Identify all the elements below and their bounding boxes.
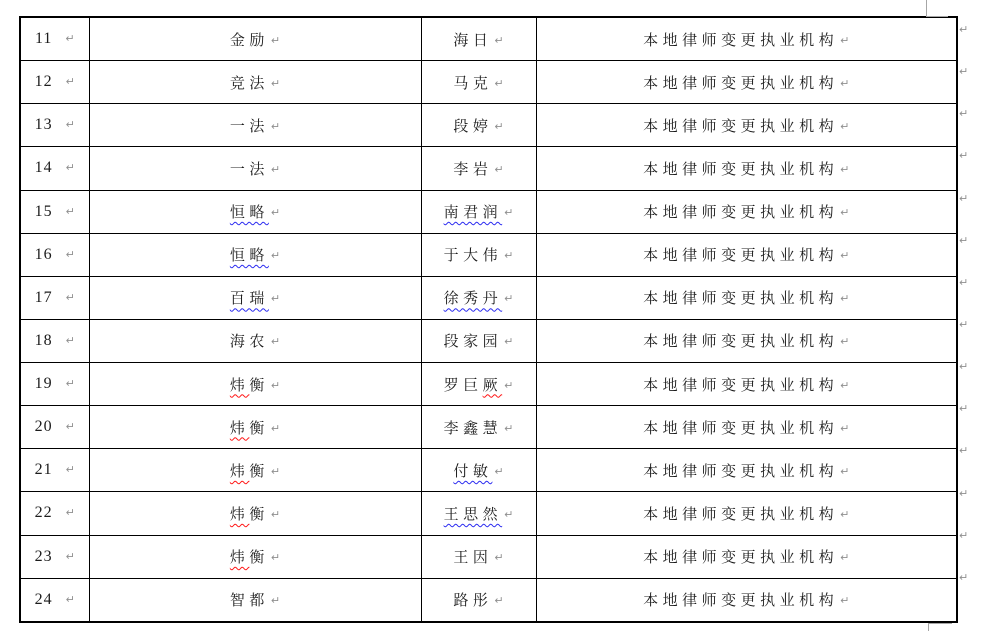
- cell-lawyer-name: 王思然↵: [421, 492, 536, 535]
- end-of-cell-mark-icon: ↵: [494, 77, 503, 90]
- end-of-cell-mark-icon: ↵: [271, 34, 280, 47]
- cell-lawyer-name: 徐秀丹↵: [421, 276, 536, 319]
- cell-index: 20↵: [20, 406, 89, 449]
- end-of-row-mark-icon: ↵: [959, 108, 968, 119]
- cell-change-type: 本地律师变更执业机构↵: [536, 363, 957, 406]
- end-of-cell-mark-icon: ↵: [66, 118, 75, 131]
- cell-change-type: 本地律师变更执业机构↵: [536, 17, 957, 61]
- firm-name: 竞法: [230, 76, 269, 92]
- cell-index: 16↵: [20, 233, 89, 276]
- cell-lawyer-name: 于大伟↵: [421, 233, 536, 276]
- table-row: 14↵ 一法↵ 李岩↵ 本地律师变更执业机构↵: [20, 147, 957, 190]
- change-type: 本地律师变更执业机构: [643, 76, 838, 92]
- lawyer-change-table: 11↵ 金励↵ 海日↵ 本地律师变更执业机构↵ 12↵ 竞法↵ 马克↵: [19, 16, 958, 623]
- cell-law-firm: 炜衡↵: [89, 492, 421, 535]
- change-type: 本地律师变更执业机构: [643, 248, 838, 264]
- table-row: 12↵ 竞法↵ 马克↵ 本地律师变更执业机构↵: [20, 61, 957, 104]
- cell-law-firm: 智都↵: [89, 578, 421, 622]
- lawyer-name: 路彤: [453, 593, 492, 609]
- end-of-cell-mark-icon: ↵: [840, 34, 849, 47]
- lawyer-name: 付敏: [453, 464, 492, 480]
- cell-lawyer-name: 路彤↵: [421, 578, 536, 622]
- cell-change-type: 本地律师变更执业机构↵: [536, 190, 957, 233]
- lawyer-name: 海日: [453, 33, 492, 49]
- end-of-cell-mark-icon: ↵: [66, 334, 75, 347]
- end-of-cell-mark-icon: ↵: [271, 206, 280, 219]
- lawyer-name: 罗巨厥: [444, 378, 503, 394]
- cell-index: 11↵: [20, 17, 89, 61]
- page-margin-crop-mark-icon: [928, 623, 952, 631]
- cell-lawyer-name: 李岩↵: [421, 147, 536, 190]
- end-of-cell-mark-icon: ↵: [66, 75, 75, 88]
- cell-lawyer-name: 海日↵: [421, 17, 536, 61]
- end-of-cell-mark-icon: ↵: [504, 206, 513, 219]
- row-number: 18: [35, 332, 53, 349]
- row-number: 15: [35, 203, 53, 220]
- cell-index: 15↵: [20, 190, 89, 233]
- cell-law-firm: 恒略↵: [89, 190, 421, 233]
- end-of-cell-mark-icon: ↵: [840, 163, 849, 176]
- end-of-cell-mark-icon: ↵: [840, 206, 849, 219]
- lawyer-name: 王因: [453, 550, 492, 566]
- firm-name: 一法: [230, 119, 269, 135]
- end-of-cell-mark-icon: ↵: [840, 77, 849, 90]
- change-type: 本地律师变更执业机构: [643, 33, 838, 49]
- table-row: 19↵ 炜衡↵ 罗巨厥↵ 本地律师变更执业机构↵: [20, 363, 957, 406]
- lawyer-name: 徐秀丹: [444, 291, 503, 307]
- firm-name: 炜衡: [230, 464, 269, 480]
- end-of-row-mark-icon: ↵: [959, 66, 968, 77]
- end-of-row-mark-icon: ↵: [959, 150, 968, 161]
- end-of-row-mark-icon: ↵: [959, 319, 968, 330]
- end-of-cell-mark-icon: ↵: [66, 463, 75, 476]
- cell-law-firm: 海农↵: [89, 319, 421, 362]
- table-row: 20↵ 炜衡↵ 李鑫慧↵ 本地律师变更执业机构↵: [20, 406, 957, 449]
- cell-change-type: 本地律师变更执业机构↵: [536, 61, 957, 104]
- end-of-cell-mark-icon: ↵: [494, 551, 503, 564]
- cell-lawyer-name: 马克↵: [421, 61, 536, 104]
- lawyer-name: 段家园: [444, 334, 503, 350]
- change-type: 本地律师变更执业机构: [643, 162, 838, 178]
- end-of-cell-mark-icon: ↵: [271, 594, 280, 607]
- end-of-cell-mark-icon: ↵: [66, 420, 75, 433]
- end-of-cell-mark-icon: ↵: [271, 335, 280, 348]
- cell-index: 24↵: [20, 578, 89, 622]
- row-number: 16: [35, 246, 53, 263]
- cell-change-type: 本地律师变更执业机构↵: [536, 147, 957, 190]
- end-of-cell-mark-icon: ↵: [494, 594, 503, 607]
- end-of-cell-mark-icon: ↵: [66, 248, 75, 261]
- firm-name: 恒略: [230, 248, 269, 264]
- end-of-cell-mark-icon: ↵: [271, 465, 280, 478]
- table-row: 24↵ 智都↵ 路彤↵ 本地律师变更执业机构↵: [20, 578, 957, 622]
- end-of-cell-mark-icon: ↵: [504, 292, 513, 305]
- end-of-cell-mark-icon: ↵: [504, 379, 513, 392]
- cell-law-firm: 恒略↵: [89, 233, 421, 276]
- lawyer-table-body: 11↵ 金励↵ 海日↵ 本地律师变更执业机构↵ 12↵ 竞法↵ 马克↵: [20, 17, 957, 622]
- row-number: 11: [35, 30, 52, 47]
- firm-name: 海农: [230, 334, 269, 350]
- end-of-cell-mark-icon: ↵: [271, 379, 280, 392]
- end-of-cell-mark-icon: ↵: [66, 377, 75, 390]
- lawyer-name: 李岩: [453, 162, 492, 178]
- cell-change-type: 本地律师变更执业机构↵: [536, 449, 957, 492]
- word-document-page: 11↵ 金励↵ 海日↵ 本地律师变更执业机构↵ 12↵ 竞法↵ 马克↵: [0, 0, 982, 631]
- cell-law-firm: 一法↵: [89, 147, 421, 190]
- end-of-cell-mark-icon: ↵: [271, 120, 280, 133]
- cell-law-firm: 炜衡↵: [89, 449, 421, 492]
- end-of-cell-mark-icon: ↵: [494, 120, 503, 133]
- end-of-cell-mark-icon: ↵: [840, 508, 849, 521]
- cell-law-firm: 炜衡↵: [89, 535, 421, 578]
- end-of-cell-mark-icon: ↵: [271, 292, 280, 305]
- change-type: 本地律师变更执业机构: [643, 205, 838, 221]
- lawyer-name: 李鑫慧: [444, 421, 503, 437]
- cell-index: 23↵: [20, 535, 89, 578]
- cell-change-type: 本地律师变更执业机构↵: [536, 104, 957, 147]
- cell-index: 18↵: [20, 319, 89, 362]
- firm-name: 百瑞: [230, 291, 269, 307]
- cell-change-type: 本地律师变更执业机构↵: [536, 406, 957, 449]
- change-type: 本地律师变更执业机构: [643, 334, 838, 350]
- end-of-cell-mark-icon: ↵: [66, 161, 75, 174]
- table-row: 18↵ 海农↵ 段家园↵ 本地律师变更执业机构↵: [20, 319, 957, 362]
- cell-index: 21↵: [20, 449, 89, 492]
- end-of-cell-mark-icon: ↵: [840, 422, 849, 435]
- cell-lawyer-name: 王因↵: [421, 535, 536, 578]
- end-of-cell-mark-icon: ↵: [840, 465, 849, 478]
- end-of-cell-mark-icon: ↵: [504, 249, 513, 262]
- cell-law-firm: 炜衡↵: [89, 363, 421, 406]
- end-of-cell-mark-icon: ↵: [840, 292, 849, 305]
- cell-change-type: 本地律师变更执业机构↵: [536, 233, 957, 276]
- end-of-cell-mark-icon: ↵: [494, 34, 503, 47]
- change-type: 本地律师变更执业机构: [643, 507, 838, 523]
- end-of-row-mark-icon: ↵: [959, 193, 968, 204]
- row-number: 22: [35, 504, 53, 521]
- end-of-row-mark-icon: ↵: [959, 530, 968, 541]
- lawyer-name: 段婷: [453, 119, 492, 135]
- end-of-cell-mark-icon: ↵: [271, 249, 280, 262]
- end-of-row-mark-icon: ↵: [959, 24, 968, 35]
- change-type: 本地律师变更执业机构: [643, 593, 838, 609]
- cell-law-firm: 百瑞↵: [89, 276, 421, 319]
- page-margin-crop-mark-icon: [926, 0, 948, 17]
- cell-law-firm: 炜衡↵: [89, 406, 421, 449]
- lawyer-name: 南君润: [444, 205, 503, 221]
- table-row: 17↵ 百瑞↵ 徐秀丹↵ 本地律师变更执业机构↵: [20, 276, 957, 319]
- end-of-cell-mark-icon: ↵: [271, 508, 280, 521]
- table-row: 21↵ 炜衡↵ 付敏↵ 本地律师变更执业机构↵: [20, 449, 957, 492]
- firm-name: 炜衡: [230, 550, 269, 566]
- end-of-cell-mark-icon: ↵: [494, 465, 503, 478]
- end-of-cell-mark-icon: ↵: [504, 422, 513, 435]
- cell-lawyer-name: 段婷↵: [421, 104, 536, 147]
- table-row: 22↵ 炜衡↵ 王思然↵ 本地律师变更执业机构↵: [20, 492, 957, 535]
- end-of-cell-mark-icon: ↵: [66, 291, 75, 304]
- firm-name: 炜衡: [230, 378, 269, 394]
- end-of-row-mark-icon: ↵: [959, 572, 968, 583]
- lawyer-name: 王思然: [444, 507, 503, 523]
- firm-name: 金励: [230, 33, 269, 49]
- cell-index: 12↵: [20, 61, 89, 104]
- end-of-cell-mark-icon: ↵: [840, 551, 849, 564]
- end-of-cell-mark-icon: ↵: [271, 422, 280, 435]
- row-number: 23: [35, 548, 53, 565]
- end-of-row-mark-icon: ↵: [959, 488, 968, 499]
- end-of-row-mark-icon: ↵: [959, 403, 968, 414]
- cell-lawyer-name: 付敏↵: [421, 449, 536, 492]
- change-type: 本地律师变更执业机构: [643, 550, 838, 566]
- cell-index: 17↵: [20, 276, 89, 319]
- end-of-cell-mark-icon: ↵: [504, 508, 513, 521]
- cell-change-type: 本地律师变更执业机构↵: [536, 492, 957, 535]
- end-of-cell-mark-icon: ↵: [840, 379, 849, 392]
- change-type: 本地律师变更执业机构: [643, 119, 838, 135]
- lawyer-name: 于大伟: [444, 248, 503, 264]
- end-of-row-mark-icon: ↵: [959, 235, 968, 246]
- cell-lawyer-name: 段家园↵: [421, 319, 536, 362]
- end-of-cell-mark-icon: ↵: [66, 205, 75, 218]
- row-number: 13: [35, 116, 53, 133]
- table-row: 13↵ 一法↵ 段婷↵ 本地律师变更执业机构↵: [20, 104, 957, 147]
- cell-change-type: 本地律师变更执业机构↵: [536, 276, 957, 319]
- end-of-cell-mark-icon: ↵: [840, 249, 849, 262]
- cell-index: 14↵: [20, 147, 89, 190]
- end-of-cell-mark-icon: ↵: [271, 163, 280, 176]
- end-of-row-mark-icon: ↵: [959, 445, 968, 456]
- change-type: 本地律师变更执业机构: [643, 378, 838, 394]
- table-row: 23↵ 炜衡↵ 王因↵ 本地律师变更执业机构↵: [20, 535, 957, 578]
- end-of-cell-mark-icon: ↵: [66, 593, 75, 606]
- row-number: 12: [35, 73, 53, 90]
- cell-index: 19↵: [20, 363, 89, 406]
- row-number: 21: [35, 461, 53, 478]
- end-of-cell-mark-icon: ↵: [840, 120, 849, 133]
- firm-name: 炜衡: [230, 421, 269, 437]
- end-of-cell-mark-icon: ↵: [66, 550, 75, 563]
- cell-law-firm: 竞法↵: [89, 61, 421, 104]
- firm-name: 一法: [230, 162, 269, 178]
- end-of-row-mark-icon: ↵: [959, 277, 968, 288]
- row-number: 24: [35, 591, 53, 608]
- row-number: 17: [35, 289, 53, 306]
- end-of-cell-mark-icon: ↵: [504, 335, 513, 348]
- end-of-cell-mark-icon: ↵: [65, 32, 74, 45]
- cell-lawyer-name: 罗巨厥↵: [421, 363, 536, 406]
- end-of-row-mark-icon: ↵: [959, 361, 968, 372]
- table-row: 15↵ 恒略↵ 南君润↵ 本地律师变更执业机构↵: [20, 190, 957, 233]
- cell-change-type: 本地律师变更执业机构↵: [536, 535, 957, 578]
- end-of-cell-mark-icon: ↵: [840, 594, 849, 607]
- cell-index: 22↵: [20, 492, 89, 535]
- row-number: 20: [35, 418, 53, 435]
- cell-change-type: 本地律师变更执业机构↵: [536, 319, 957, 362]
- cell-lawyer-name: 南君润↵: [421, 190, 536, 233]
- cell-law-firm: 金励↵: [89, 17, 421, 61]
- table-row: 16↵ 恒略↵ 于大伟↵ 本地律师变更执业机构↵: [20, 233, 957, 276]
- lawyer-name: 马克: [453, 76, 492, 92]
- end-of-cell-mark-icon: ↵: [271, 77, 280, 90]
- change-type: 本地律师变更执业机构: [643, 464, 838, 480]
- end-of-cell-mark-icon: ↵: [840, 335, 849, 348]
- cell-index: 13↵: [20, 104, 89, 147]
- cell-law-firm: 一法↵: [89, 104, 421, 147]
- cell-lawyer-name: 李鑫慧↵: [421, 406, 536, 449]
- row-number: 19: [35, 375, 53, 392]
- row-number: 14: [35, 159, 53, 176]
- end-of-cell-mark-icon: ↵: [271, 551, 280, 564]
- end-of-cell-mark-icon: ↵: [494, 163, 503, 176]
- end-of-cell-mark-icon: ↵: [66, 506, 75, 519]
- cell-change-type: 本地律师变更执业机构↵: [536, 578, 957, 622]
- firm-name: 智都: [230, 593, 269, 609]
- change-type: 本地律师变更执业机构: [643, 291, 838, 307]
- firm-name: 炜衡: [230, 507, 269, 523]
- change-type: 本地律师变更执业机构: [643, 421, 838, 437]
- firm-name: 恒略: [230, 205, 269, 221]
- table-row: 11↵ 金励↵ 海日↵ 本地律师变更执业机构↵: [20, 17, 957, 61]
